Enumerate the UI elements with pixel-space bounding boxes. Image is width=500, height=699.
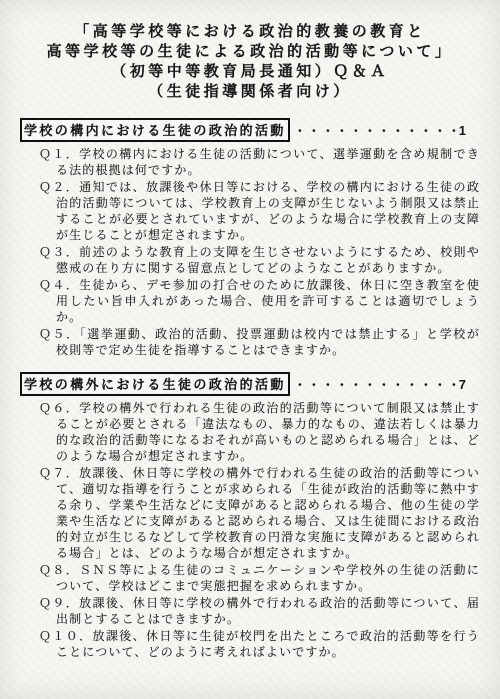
question-q6: Ｑ６．学校の構外で行われる生徒の政治的活動等について制限又は禁止することが必要と… xyxy=(20,400,480,464)
question-q10-text: 放課後、休日等に生徒が校門を出たところで政治的活動等を行うことについて、どのよう… xyxy=(56,629,480,659)
question-q3-text: 前述のような教育上の支障を生じさせないようにするため、校則や懲戒の在り方に関する… xyxy=(56,245,480,275)
question-q3-label: Ｑ３． xyxy=(39,245,79,259)
title-line-1: 「高等学校等における政治的教養の教育と xyxy=(20,22,480,42)
section-1-page-number: 1 xyxy=(459,123,480,138)
question-q2: Ｑ２．通知では、放課後や休日等における、学校の構内における生徒の政治的活動等につ… xyxy=(20,179,480,243)
question-q1-text: 学校の構内における生徒の活動について、選挙運動を含め規制できる法的根拠は何ですか… xyxy=(56,147,480,177)
question-q5: Ｑ５．「選挙運動、政治的活動、投票運動は校内では禁止する」と学校が校則等で定め生… xyxy=(20,326,480,358)
section-1-dot-leader: ・・・・・・・・・・・・・・・ xyxy=(290,122,459,139)
section-2-page-number: 7 xyxy=(459,377,480,392)
question-q10: Ｑ１０．放課後、休日等に生徒が校門を出たところで政治的活動等を行うことについて、… xyxy=(20,628,480,660)
toc-section-1-heading-row: 学校の構内における生徒の政治的活動 ・・・・・・・・・・・・・・・ 1 xyxy=(20,118,480,142)
question-q6-text: 学校の構外で行われる生徒の政治的活動等について制限又は禁止することが必要とされる… xyxy=(56,401,480,463)
question-q6-label: Ｑ６． xyxy=(39,401,79,415)
question-q2-text: 通知では、放課後や休日等における、学校の構内における生徒の政治的活動等については… xyxy=(56,180,480,242)
document-title: 「高等学校等における政治的教養の教育と 高等学校等の生徒による政治的活動等につい… xyxy=(20,22,480,102)
question-q8-label: Ｑ８． xyxy=(39,563,79,577)
question-q9-text: 放課後、休日等に学校の構外で行われる政治的活動等について、届出制とすることはでき… xyxy=(56,596,480,626)
section-2-heading: 学校の構外における生徒の政治的活動 xyxy=(20,372,290,396)
question-q10-label: Ｑ１０． xyxy=(39,629,93,643)
section-2-dot-leader: ・・・・・・・・・・・・・・ xyxy=(290,376,459,393)
question-q5-label: Ｑ５． xyxy=(39,327,80,341)
title-line-3: （初等中等教育局長通知）Ｑ＆Ａ xyxy=(20,62,480,82)
title-line-4: （生徒指導関係者向け） xyxy=(20,82,480,102)
toc-section-2-heading-row: 学校の構外における生徒の政治的活動 ・・・・・・・・・・・・・・ 7 xyxy=(20,372,480,396)
question-q1-label: Ｑ１． xyxy=(39,147,79,161)
question-q2-label: Ｑ２． xyxy=(39,180,79,194)
section-1-heading: 学校の構内における生徒の政治的活動 xyxy=(20,118,290,142)
question-q7-text: 放課後、休日等に学校の構外で行われる生徒の政治的活動等について、適切な指導を行う… xyxy=(56,466,480,560)
question-q3: Ｑ３．前述のような教育上の支障を生じさせないようにするため、校則や懲戒の在り方に… xyxy=(20,244,480,276)
question-q9: Ｑ９．放課後、休日等に学校の構外で行われる政治的活動等について、届出制とすること… xyxy=(20,595,480,627)
title-line-2: 高等学校等の生徒による政治的活動等について」 xyxy=(20,42,480,62)
question-q4-label: Ｑ４． xyxy=(39,278,79,292)
question-q1: Ｑ１．学校の構内における生徒の活動について、選挙運動を含め規制できる法的根拠は何… xyxy=(20,146,480,178)
question-q7: Ｑ７．放課後、休日等に学校の構外で行われる生徒の政治的活動等について、適切な指導… xyxy=(20,465,480,561)
question-q7-label: Ｑ７． xyxy=(39,466,79,480)
question-q5-text: 「選挙運動、政治的活動、投票運動は校内では禁止する」と学校が校則等で定め生徒を指… xyxy=(56,327,480,357)
question-q8: Ｑ８．ＳＮＳ等による生徒のコミュニケーションや学校外の生徒の活動について、学校は… xyxy=(20,562,480,594)
scanned-document-page: 「高等学校等における政治的教養の教育と 高等学校等の生徒による政治的活動等につい… xyxy=(0,0,500,699)
question-q4: Ｑ４．生徒から、デモ参加の打合せのために放課後、休日に空き教室を使用したい旨申入… xyxy=(20,277,480,325)
question-q9-label: Ｑ９． xyxy=(39,596,79,610)
question-q8-text: ＳＮＳ等による生徒のコミュニケーションや学校外の生徒の活動について、学校はどこま… xyxy=(56,563,480,593)
question-q4-text: 生徒から、デモ参加の打合せのために放課後、休日に空き教室を使用したい旨申入れがあ… xyxy=(56,278,480,324)
